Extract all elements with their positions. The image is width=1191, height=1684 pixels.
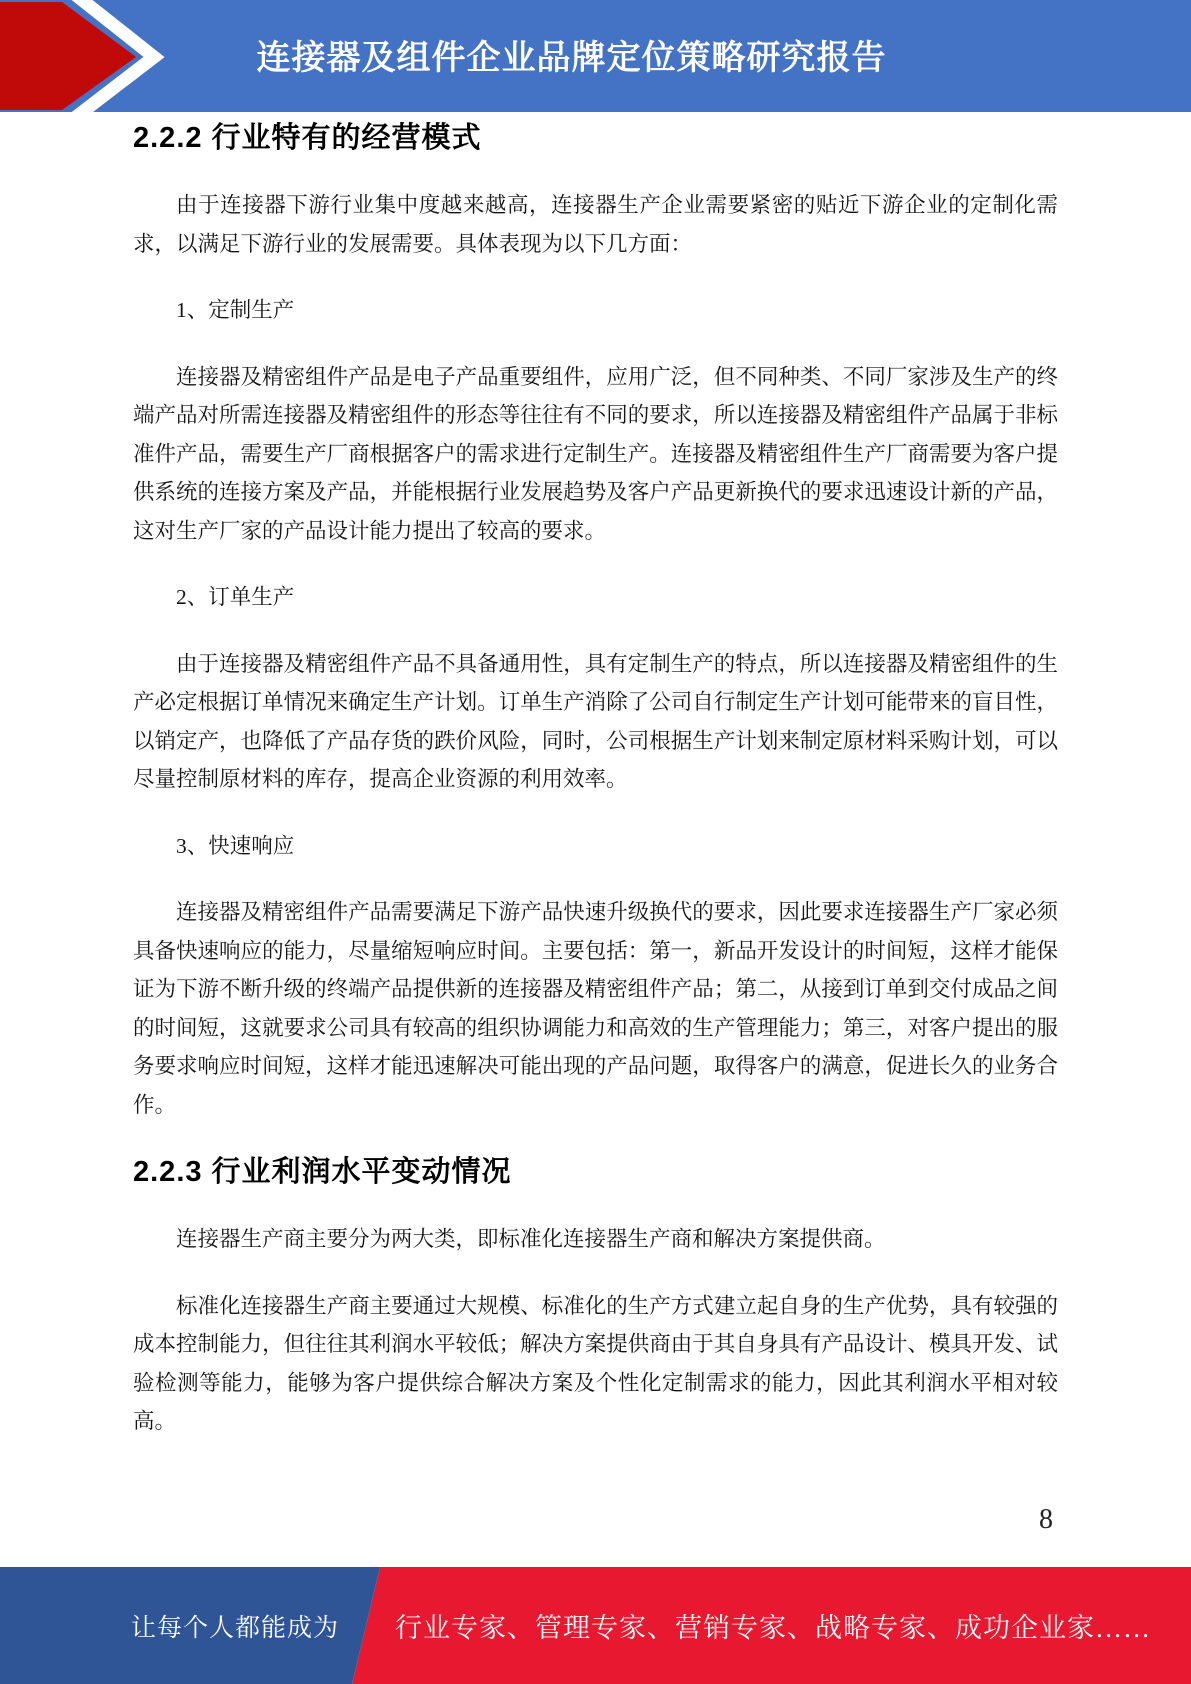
list-item: 3、快速响应 [133,827,1058,866]
report-title: 连接器及组件企业品牌定位策略研究报告 [0,0,1191,108]
report-page: 连接器及组件企业品牌定位策略研究报告 2.2.2 行业特有的经营模式 由于连接器… [0,0,1191,1684]
paragraph: 连接器及精密组件产品是电子产品重要组件，应用广泛，但不同种类、不同厂家涉及生产的… [133,358,1058,551]
page-number: 8 [1039,1504,1053,1536]
list-item: 2、订单生产 [133,578,1058,617]
footer-band: 让每个人都能成为 行业专家、管理专家、营销专家、战略专家、成功企业家…… [0,1567,1191,1684]
paragraph: 连接器生产商主要分为两大类，即标准化连接器生产商和解决方案提供商。 [133,1220,1058,1259]
section-heading-2-2-2: 2.2.2 行业特有的经营模式 [133,118,1058,158]
list-item: 1、定制生产 [133,291,1058,330]
section-heading-2-2-3: 2.2.3 行业利润水平变动情况 [133,1152,1058,1192]
footer-slogan-left: 让每个人都能成为 [110,1567,360,1684]
paragraph: 连接器及精密组件产品需要满足下游产品快速升级换代的要求，因此要求连接器生产厂家必… [133,893,1058,1124]
document-body: 2.2.2 行业特有的经营模式 由于连接器下游行业集中度越来越高，连接器生产企业… [133,118,1058,1469]
header-band: 连接器及组件企业品牌定位策略研究报告 [0,0,1191,112]
paragraph: 由于连接器下游行业集中度越来越高，连接器生产企业需要紧密的贴近下游企业的定制化需… [133,186,1058,263]
paragraph: 由于连接器及精密组件产品不具备通用性，具有定制生产的特点，所以连接器及精密组件的… [133,645,1058,799]
paragraph: 标准化连接器生产商主要通过大规模、标准化的生产方式建立起自身的生产优势，具有较强… [133,1287,1058,1441]
footer-slogan-right: 行业专家、管理专家、营销专家、战略专家、成功企业家…… [395,1567,1171,1684]
